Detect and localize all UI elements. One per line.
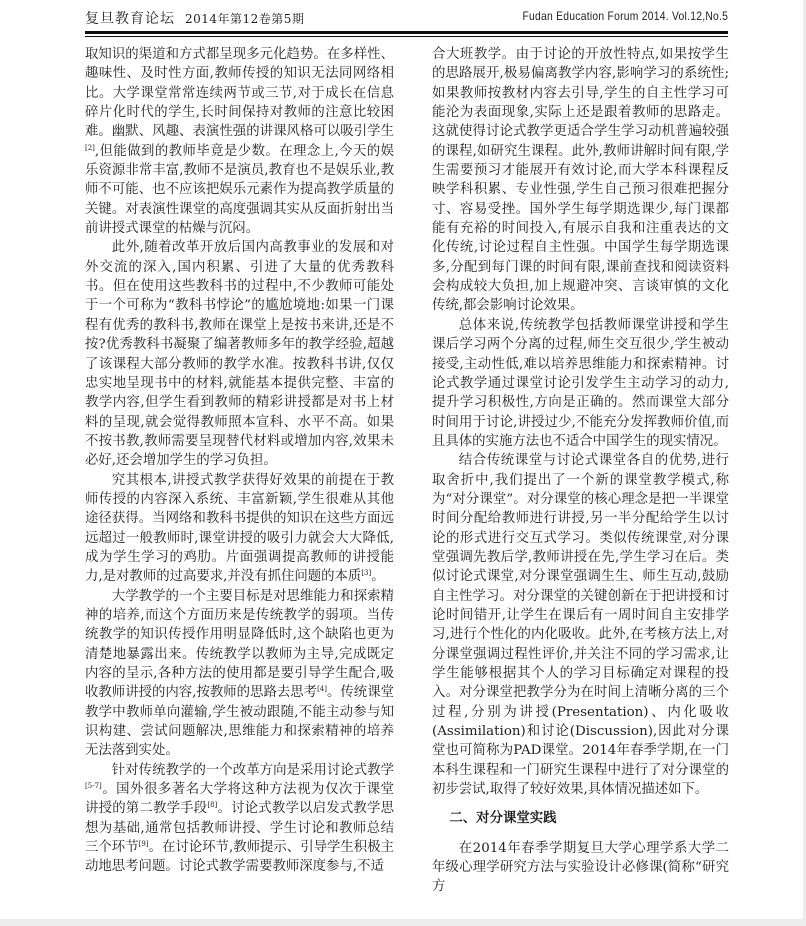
paragraph: 合大班教学。由于讨论的开放性特点,如果按学生的思路展开,极易偏离教学内容,影响学… bbox=[432, 45, 729, 316]
paragraph-text: 大学教学的一个主要目标是对思维能力和探索精神的培养,而这个方面历来是传统教学的弱… bbox=[85, 589, 394, 701]
paragraph: 总体来说,传统教学包括教师课堂讲授和学生课后学习两个分离的过程,师生交互很少,学… bbox=[432, 316, 729, 451]
paragraph-text: ,但能做到的教师毕竟是少数。在理念上,今天的娱乐资源非常丰富,教师不是演员,教育… bbox=[85, 144, 394, 236]
header-left: 复旦教育论坛2014年第12卷第5期 bbox=[85, 8, 304, 28]
paragraph: 针对传统教学的一个改革方向是采用讨论式教学[5-7]。国外很多著名大学将这种方法… bbox=[85, 761, 394, 877]
paragraph: 究其根本,讲授式教学获得好效果的前提在于教师传授的内容深入系统、丰富新颖,学生很… bbox=[85, 471, 394, 587]
section-heading: 二、对分课堂实践 bbox=[432, 809, 729, 828]
paragraph: 结合传统课堂与讨论式课堂各自的优势,进行取舍折中,我们提出了一个新的课堂教学模式… bbox=[432, 451, 729, 799]
running-header: 复旦教育论坛2014年第12卷第5期 Fudan Education Forum… bbox=[85, 8, 728, 28]
citation[interactable]: [9] bbox=[139, 840, 149, 848]
header-rule-thin bbox=[85, 36, 728, 37]
paragraph-text: 。 bbox=[371, 569, 384, 584]
header-rule-thick bbox=[85, 31, 728, 34]
paragraph-text: 究其根本,讲授式教学获得好效果的前提在于教师传授的内容深入系统、丰富新颖,学生很… bbox=[85, 473, 394, 585]
citation[interactable]: [4] bbox=[317, 685, 327, 693]
paragraph-text: 取知识的渠道和方式都呈现多元化趋势。在多样性、趣味性、及时性方面,教师传授的知识… bbox=[85, 47, 394, 139]
paragraph: 在2014年春季学期复旦大学心理学系大学二年级心理学研究方法与实验设计必修课(简… bbox=[432, 839, 729, 897]
journal-name-en: Fudan Education Forum 2014. Vol.12,No.5 bbox=[522, 9, 728, 23]
left-column: 取知识的渠道和方式都呈现多元化趋势。在多样性、趣味性、及时性方面,教师传授的知识… bbox=[85, 45, 394, 877]
journal-name-cn: 复旦教育论坛 bbox=[85, 11, 175, 27]
paragraph: 大学教学的一个主要目标是对思维能力和探索精神的培养,而这个方面历来是传统教学的弱… bbox=[85, 587, 394, 761]
paragraph: 此外,随着改革开放后国内高教事业的发展和对外交流的深入,国内积累、引进了大量的优… bbox=[85, 238, 394, 470]
right-column: 合大班教学。由于讨论的开放性特点,如果按学生的思路展开,极易偏离教学内容,影响学… bbox=[432, 45, 729, 897]
journal-page: 复旦教育论坛2014年第12卷第5期 Fudan Education Forum… bbox=[0, 0, 803, 919]
paragraph: 取知识的渠道和方式都呈现多元化趋势。在多样性、趣味性、及时性方面,教师传授的知识… bbox=[85, 45, 394, 238]
citation[interactable]: [5-7] bbox=[85, 782, 102, 790]
citation[interactable]: [2] bbox=[85, 144, 95, 152]
paragraph-text: 针对传统教学的一个改革方向是采用讨论式教学 bbox=[112, 763, 394, 778]
issue-info-cn: 2014年第12卷第5期 bbox=[185, 12, 304, 26]
citation[interactable]: [8] bbox=[207, 801, 217, 809]
citation[interactable]: [3] bbox=[361, 569, 371, 577]
